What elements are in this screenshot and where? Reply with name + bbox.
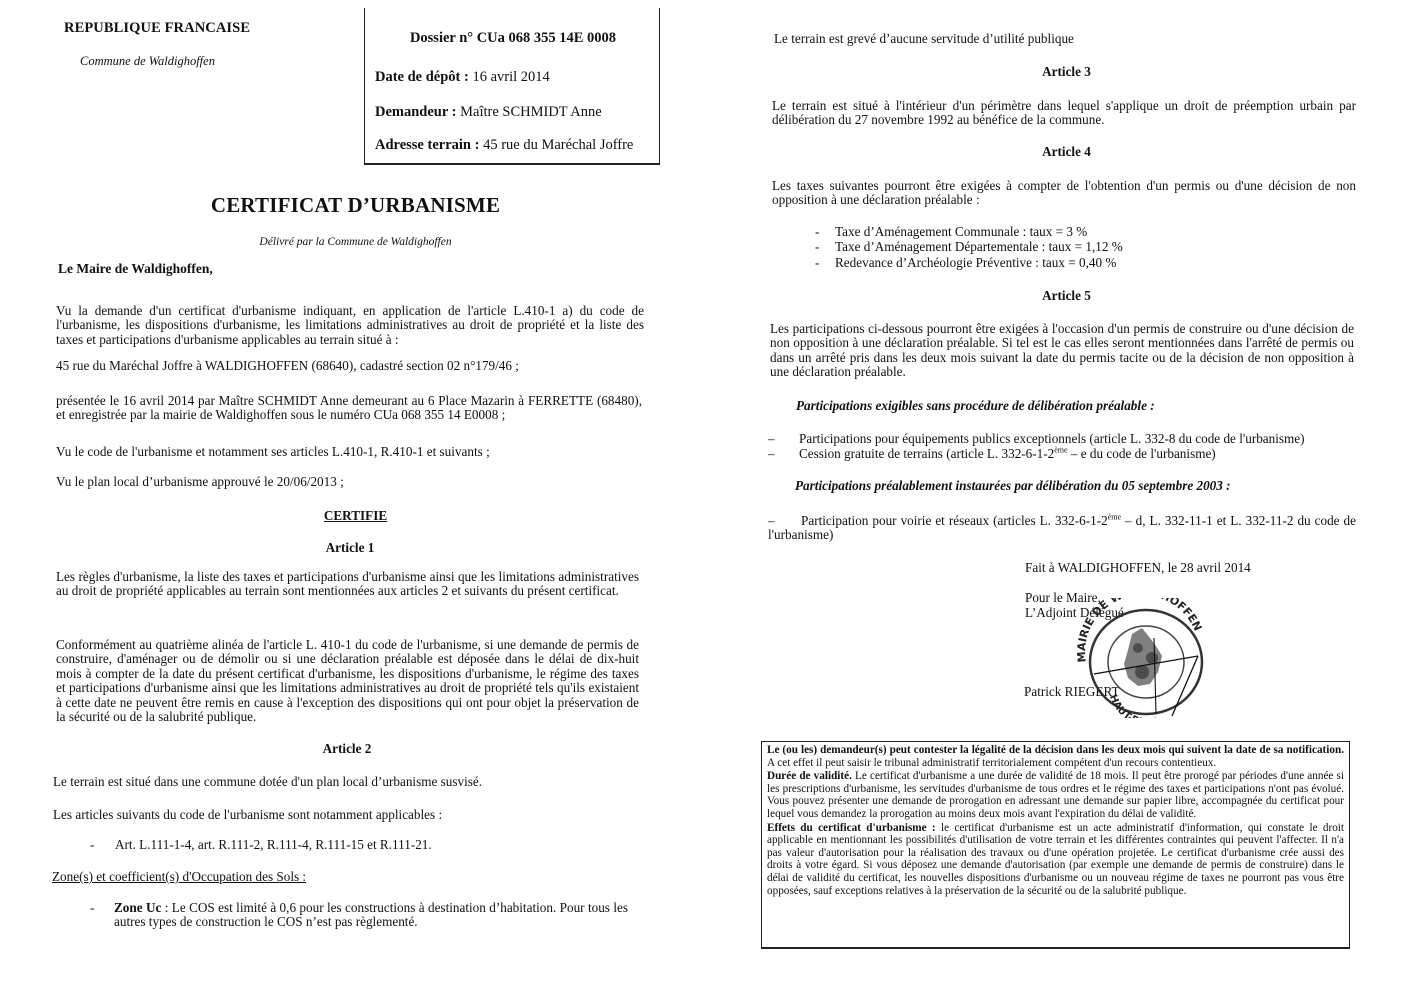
notice-contest: Le (ou les) demandeur(s) peut contester … xyxy=(767,744,1344,769)
certifie-heading: CERTIFIE xyxy=(0,509,711,523)
article-2-p2: Les articles suivants du code de l'urban… xyxy=(53,808,653,822)
participation-item: Cession gratuite de terrains (article L.… xyxy=(799,447,1359,461)
bullet-dash: - xyxy=(90,838,94,852)
left-page: REPUBLIQUE FRANCAISE Commune de Waldigho… xyxy=(0,0,711,1000)
preamble-request: Vu la demande d'un certificat d'urbanism… xyxy=(56,304,644,347)
participations-no-deliberation: Participations exigibles sans procédure … xyxy=(796,399,1356,413)
article-1-heading: Article 1 xyxy=(0,541,700,555)
preamble-presented: présentée le 16 avril 2014 par Maître SC… xyxy=(56,394,642,423)
official-stamp-icon: MAIRIE DE WALDIGHOFFEN HAUT-RHIN xyxy=(1058,598,1206,718)
bullet-dash: - xyxy=(815,240,819,254)
tax-item: Taxe d’Aménagement Départementale : taux… xyxy=(835,240,1123,254)
participation-item: Participations pour équipements publics … xyxy=(799,432,1359,446)
bullet-dash: - xyxy=(815,256,819,270)
article-4-heading: Article 4 xyxy=(711,145,1422,159)
bullet-dash: - xyxy=(90,901,94,915)
deposit-date: Date de dépôt : 16 avril 2014 xyxy=(375,69,550,86)
commune-name: Commune de Waldighoffen xyxy=(80,54,215,69)
dossier-box: Dossier n° CUa 068 355 14E 0008 Date de … xyxy=(364,8,660,165)
zones-heading: Zone(s) et coefficient(s) d'Occupation d… xyxy=(52,870,652,884)
article-5-heading: Article 5 xyxy=(711,289,1422,303)
legal-notice-box: Le (ou les) demandeur(s) peut contester … xyxy=(761,741,1350,949)
notice-validity: Durée de validité. Le certificat d'urban… xyxy=(767,770,1344,820)
article-2-heading: Article 2 xyxy=(0,742,694,756)
bullet-dash: - xyxy=(815,225,819,239)
article-1-p2: Conformément au quatrième alinéa de l'ar… xyxy=(56,638,639,724)
participations-prior-deliberation: Participations préalablement instaurées … xyxy=(795,479,1355,493)
notice-effects: Effets du certificat d'urbanisme : le ce… xyxy=(767,822,1344,898)
article-4-p1: Les taxes suivantes pourront être exigée… xyxy=(772,179,1356,208)
bullet-endash: – xyxy=(768,432,775,446)
land-address: Adresse terrain : 45 rue du Maréchal Jof… xyxy=(375,137,633,154)
republic-heading: REPUBLIQUE FRANCAISE xyxy=(64,20,250,37)
tax-item: Taxe d’Aménagement Communale : taux = 3 … xyxy=(835,225,1087,239)
document-title: CERTIFICAT D’URBANISME xyxy=(0,193,711,218)
dossier-number: Dossier n° CUa 068 355 14E 0008 xyxy=(365,30,661,47)
applicant: Demandeur : Maître SCHMIDT Anne xyxy=(375,104,602,121)
tax-item: Redevance d’Archéologie Préventive : tau… xyxy=(835,256,1116,270)
article-3-p1: Le terrain est situé à l'intérieur d'un … xyxy=(772,99,1356,128)
mayor-intro: Le Maire de Waldighoffen, xyxy=(58,262,213,276)
bullet-endash: – xyxy=(768,447,775,461)
delivered-by: Délivré par la Commune de Waldighoffen xyxy=(0,236,711,248)
article-3-heading: Article 3 xyxy=(711,65,1422,79)
article-5-p1: Les participations ci-dessous pourront ê… xyxy=(770,322,1354,380)
servitude-statement: Le terrain est grevé d’aucune servitude … xyxy=(774,32,1374,46)
article-2-p1: Le terrain est situé dans une commune do… xyxy=(53,775,653,789)
signature-place-date: Fait à WALDIGHOFFEN, le 28 avril 2014 xyxy=(1025,561,1325,575)
article-1-p1: Les règles d'urbanisme, la liste des tax… xyxy=(56,570,639,599)
preamble-code: Vu le code de l'urbanisme et notamment s… xyxy=(56,445,656,459)
participation-voirie: Participation pour voirie et réseaux (ar… xyxy=(768,514,1356,543)
applicable-articles: Art. L.111-1-4, art. R.111-2, R.111-4, R… xyxy=(115,838,635,852)
preamble-plan: Vu le plan local d’urbanisme approuvé le… xyxy=(56,475,656,489)
preamble-address: 45 rue du Maréchal Joffre à WALDIGHOFFEN… xyxy=(56,359,656,373)
zone-uc: Zone Uc : Le COS est limité à 0,6 pour l… xyxy=(114,901,628,930)
